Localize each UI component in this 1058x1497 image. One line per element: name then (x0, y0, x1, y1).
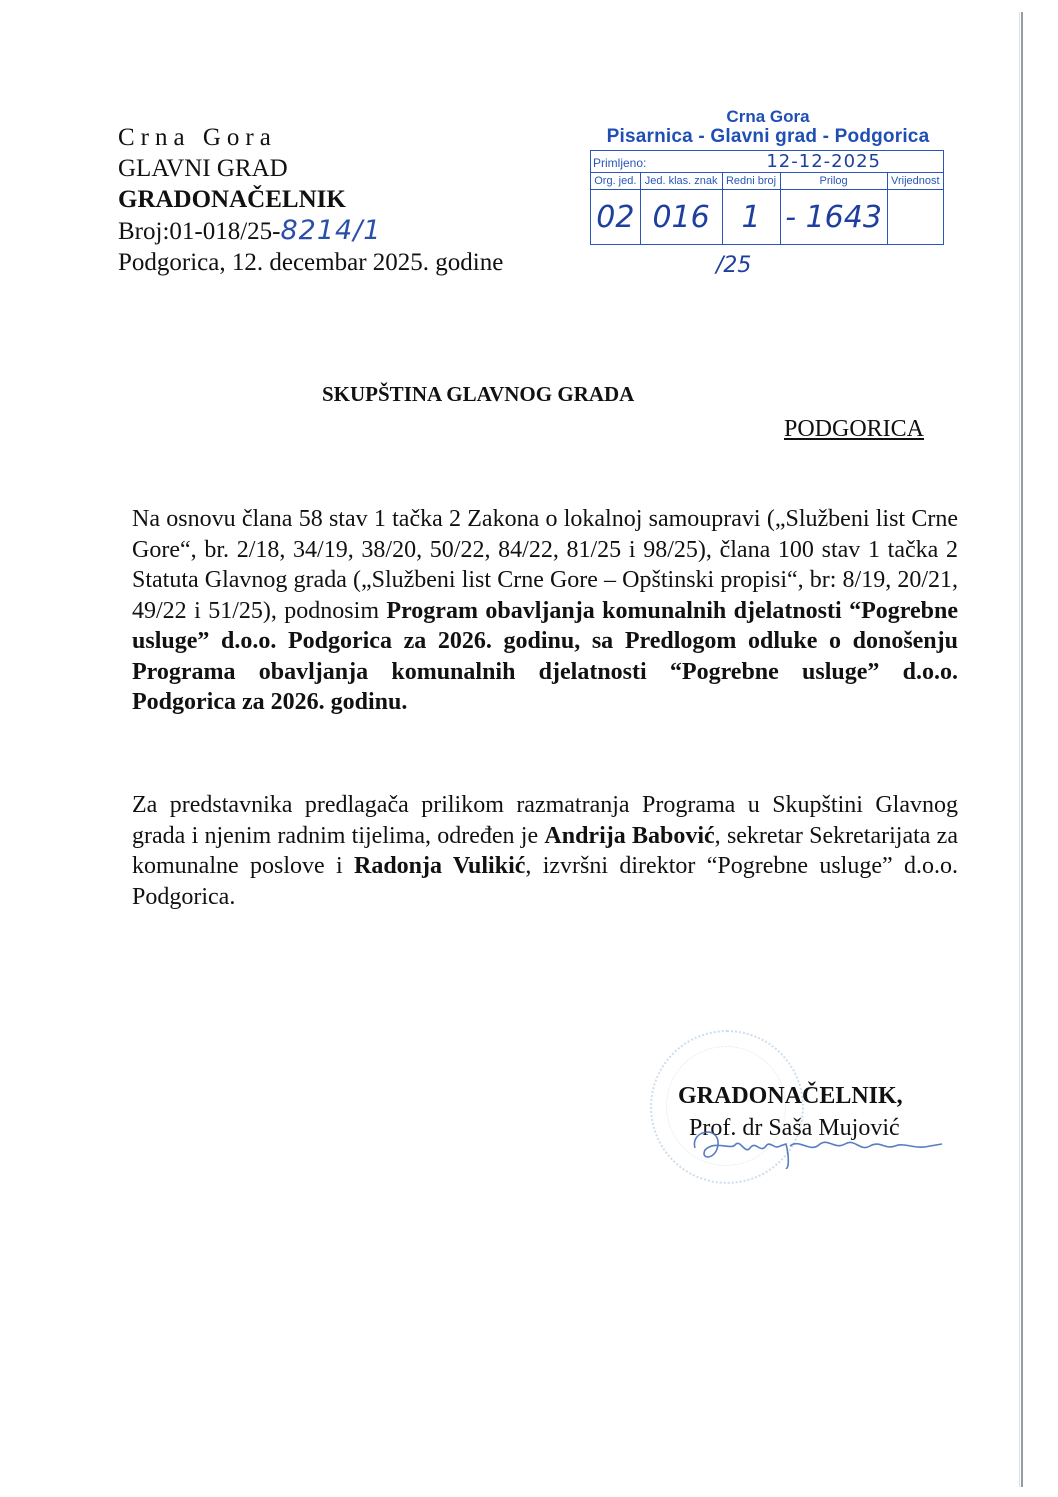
page-edge-rule (1019, 12, 1023, 1487)
stamp-office: Pisarnica - Glavni grad - Podgorica (590, 126, 946, 148)
stamp-col-class: Jed. klas. znak (640, 173, 722, 190)
paragraph-representatives: Za predstavnika predlagača prilikom razm… (132, 790, 958, 912)
recipient-name: SKUPŠTINA GLAVNOG GRADA (322, 382, 634, 407)
paragraph-submission: Na osnovu člana 58 stav 1 tačka 2 Zakona… (132, 504, 958, 718)
stamp-col-attachment: Prilog (780, 173, 887, 190)
registry-stamp: Crna Gora Pisarnica - Glavni grad - Podg… (590, 108, 946, 245)
stamp-col-org: Org. jed. (591, 173, 641, 190)
stamp-received-label: Primljeno: (593, 156, 646, 170)
stamp-val-attachment: - 1643 (780, 190, 887, 245)
stamp-table: Primljeno:12-12-2025 Org. jed. Jed. klas… (590, 150, 944, 245)
letterhead-country: Crna Gora (118, 122, 503, 153)
stamp-val-value (887, 190, 943, 245)
handwritten-signature (690, 1120, 945, 1170)
stamp-col-serial: Redni broj (722, 173, 780, 190)
representative-name-1: Andrija Babović (544, 823, 714, 849)
reference-number-label: Broj:01-018/25- (118, 218, 281, 245)
stamp-received-cell: Primljeno:12-12-2025 (591, 151, 944, 173)
signatory-title: GRADONAČELNIK, (678, 1083, 903, 1110)
stamp-val-org: 02 (591, 190, 641, 245)
stamp-year-suffix: /25 (716, 253, 751, 278)
stamp-country: Crna Gora (590, 108, 946, 126)
letterhead-city: GLAVNI GRAD (118, 153, 503, 184)
letterhead: Crna Gora GLAVNI GRAD GRADONAČELNIK Broj… (118, 122, 503, 278)
reference-number: Broj:01-018/25-8214/1 (118, 215, 503, 247)
place-date: Podgorica, 12. decembar 2025. godine (118, 247, 503, 278)
stamp-val-serial: 1 (722, 190, 780, 245)
stamp-received-date: 12-12-2025 (646, 151, 881, 172)
representative-name-2: Radonja Vulikić (354, 853, 525, 879)
recipient-city: PODGORICA (784, 416, 924, 443)
stamp-col-value: Vrijednost (887, 173, 943, 190)
letterhead-office: GRADONAČELNIK (118, 184, 503, 215)
stamp-val-class: 016 (640, 190, 722, 245)
reference-number-handwritten: 8214/1 (281, 215, 382, 246)
